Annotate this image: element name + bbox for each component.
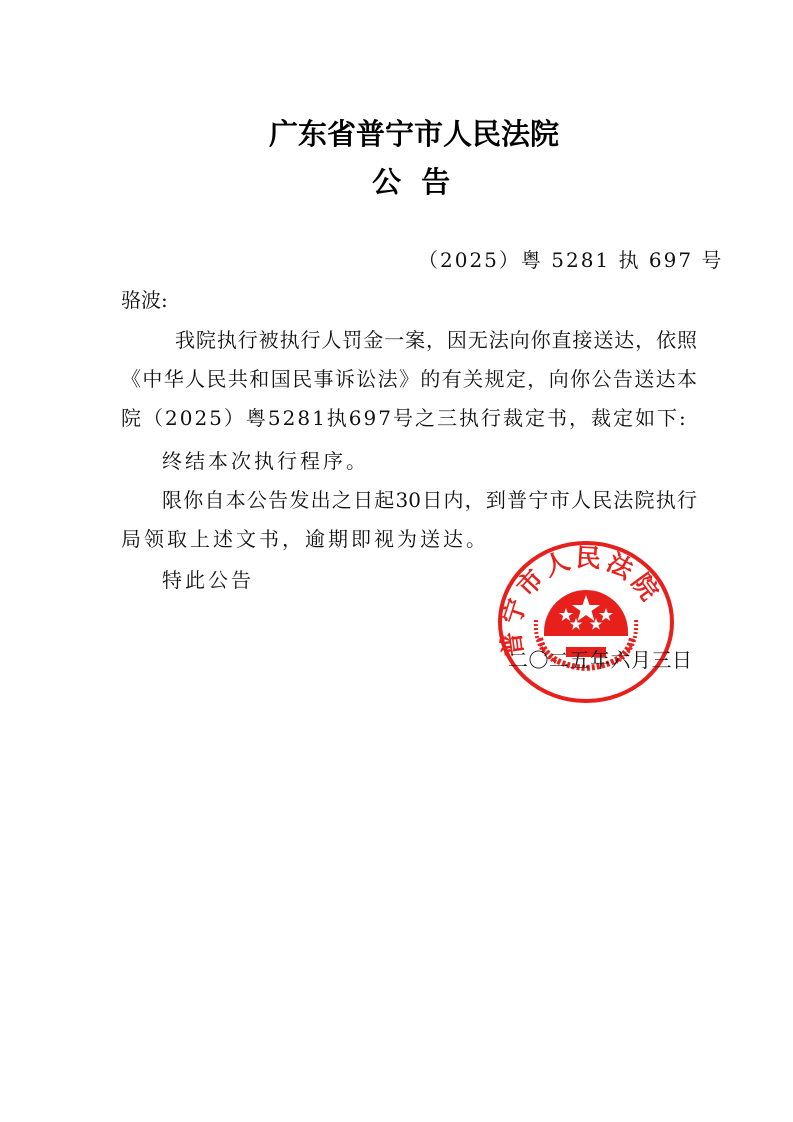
closing-phrase: 特此公告 <box>162 568 254 592</box>
body-line-5: 限你自本公告发出之日起30日内，到普宁市人民法院执行 <box>162 488 697 512</box>
notice-page: 广东省普宁市人民法院 公 告 （2025）粤 5281 执 697 号 骆波: … <box>0 0 793 1122</box>
case-number: （2025）粤 5281 执 697 号 <box>418 248 723 272</box>
svg-text:普宁市人民法院: 普宁市人民法院 <box>496 543 666 659</box>
issue-date: 二〇二五年六月三日 <box>508 648 693 672</box>
body-line-ruling: 终结本次执行程序。 <box>162 449 369 473</box>
court-seal-stamp: 普宁市人民法院 <box>496 540 676 705</box>
body-line-1: 我院执行被执行人罚金一案，因无法向你直接送达，依照 <box>175 328 697 352</box>
body-line-3: 院（2025）粤5281执697号之三执行裁定书，裁定如下: <box>121 406 688 430</box>
body-line-6: 局领取上述文书，逾期即视为送达。 <box>121 527 489 551</box>
addressee: 骆波: <box>121 288 168 312</box>
body-line-2: 《中华人民共和国民事诉讼法》的有关规定，向你公告送达本 <box>121 367 697 391</box>
court-name-heading: 广东省普宁市人民法院 <box>0 118 793 150</box>
document-type-heading: 公 告 <box>372 165 450 199</box>
seal-arc-text: 普宁市人民法院 <box>496 543 666 659</box>
